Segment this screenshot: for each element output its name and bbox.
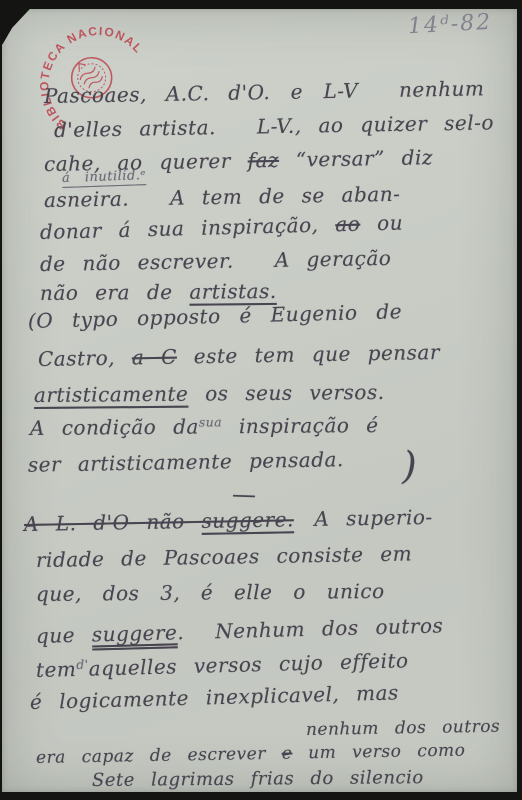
- text-segment: d'elles artista. L-V., ao quizer sel-o: [54, 110, 494, 142]
- manuscript-line: donar á sua inspiração, ao ou: [40, 210, 404, 243]
- text-segment: d': [76, 657, 89, 672]
- text-segment: A L. d'O não: [24, 509, 202, 536]
- text-segment: de não escrever. A geração: [40, 246, 392, 276]
- manuscript-line: nenhum dos outros: [306, 717, 501, 740]
- text-segment: á inutilid.ᵉ: [62, 168, 146, 186]
- text-segment: inspiração é: [222, 413, 379, 438]
- text-segment: ao: [335, 212, 361, 237]
- text-segment: que: [36, 623, 92, 648]
- text-segment: artistas.: [189, 279, 276, 304]
- text-segment: tem: [36, 657, 77, 682]
- text-segment: ser artisticamente pensada.: [28, 447, 344, 477]
- manuscript-line: Castro, a C este tem que pensar: [38, 340, 440, 371]
- manuscript-line: ser artisticamente pensada. ): [28, 443, 418, 494]
- text-segment: não era de: [40, 280, 190, 305]
- text-segment: ou: [360, 210, 403, 235]
- text-segment: os seus versos.: [188, 380, 384, 406]
- text-segment: donar á sua inspiração,: [40, 212, 336, 244]
- text-segment: Pascoaes, A.C. d'O. e L-V nenhum: [44, 76, 485, 108]
- text-segment: sua: [199, 415, 222, 430]
- manuscript-line: asneira. A tem de se aban-: [44, 182, 401, 212]
- manuscript-line: A L. d'O não suggere. A superio-: [24, 505, 433, 536]
- manuscript-line: d'elles artista. L-V., ao quizer sel-o: [54, 110, 494, 142]
- text-segment: Sete lagrimas frias do silencio: [92, 767, 424, 791]
- text-segment: aquelles versos cujo effeito: [88, 648, 408, 680]
- text-segment: este tem que pensar: [177, 340, 440, 369]
- text-segment: . Nenhum dos outros: [177, 613, 443, 644]
- manuscript-line: era capaz de escrever e um verso como: [36, 741, 466, 768]
- text-segment: ): [344, 443, 418, 488]
- manuscript-line: que suggere. Nenhum dos outros: [36, 613, 444, 648]
- text-segment: “versar” diz: [279, 145, 433, 172]
- text-segment: suggere.: [201, 507, 294, 533]
- manuscript-scan: BIBLIOTECA NACIONAL 14ᵈ-82 Pascoaes, A.C…: [0, 0, 522, 800]
- text-segment: artisticamente: [34, 382, 189, 407]
- manuscript-text: Pascoaes, A.C. d'O. e L-V nenhumd'elles …: [0, 0, 522, 800]
- text-segment: A condição da: [30, 415, 199, 440]
- manuscript-line: temd'aquelles versos cujo effeito: [36, 648, 409, 682]
- manuscript-line: de não escrever. A geração: [40, 246, 392, 276]
- manuscript-line: artisticamente os seus versos.: [34, 380, 385, 407]
- manuscript-line: á inutilid.ᵉ: [62, 168, 146, 186]
- manuscript-line: —: [232, 480, 257, 509]
- manuscript-line: não era de artistas.: [40, 279, 277, 305]
- text-segment: suggere: [92, 620, 178, 646]
- manuscript-line: Pascoaes, A.C. d'O. e L-V nenhum: [44, 76, 485, 108]
- manuscript-line: A condição dasua inspiração é: [30, 413, 379, 440]
- text-segment: ridade de Pascoaes consiste em: [36, 541, 412, 572]
- manuscript-line: que, dos 3, é elle o unico: [36, 579, 385, 606]
- text-segment: nenhum dos outros: [306, 717, 501, 740]
- text-segment: um verso como: [292, 741, 465, 764]
- manuscript-line: ridade de Pascoaes consiste em: [36, 541, 412, 572]
- text-segment: —: [232, 480, 257, 509]
- text-segment: que, dos 3, é elle o unico: [36, 579, 385, 606]
- text-segment: Castro,: [38, 345, 132, 371]
- text-segment: era capaz de escrever: [36, 744, 282, 768]
- text-segment: A superio-: [294, 505, 433, 531]
- text-segment: asneira. A tem de se aban-: [44, 182, 401, 212]
- manuscript-line: Sete lagrimas frias do silencio: [92, 767, 424, 791]
- text-segment: a C: [132, 345, 178, 370]
- text-segment: faz: [247, 148, 279, 173]
- manuscript-line: é logicamente inexplicavel, mas: [30, 680, 399, 714]
- text-segment: é logicamente inexplicavel, mas: [30, 680, 399, 714]
